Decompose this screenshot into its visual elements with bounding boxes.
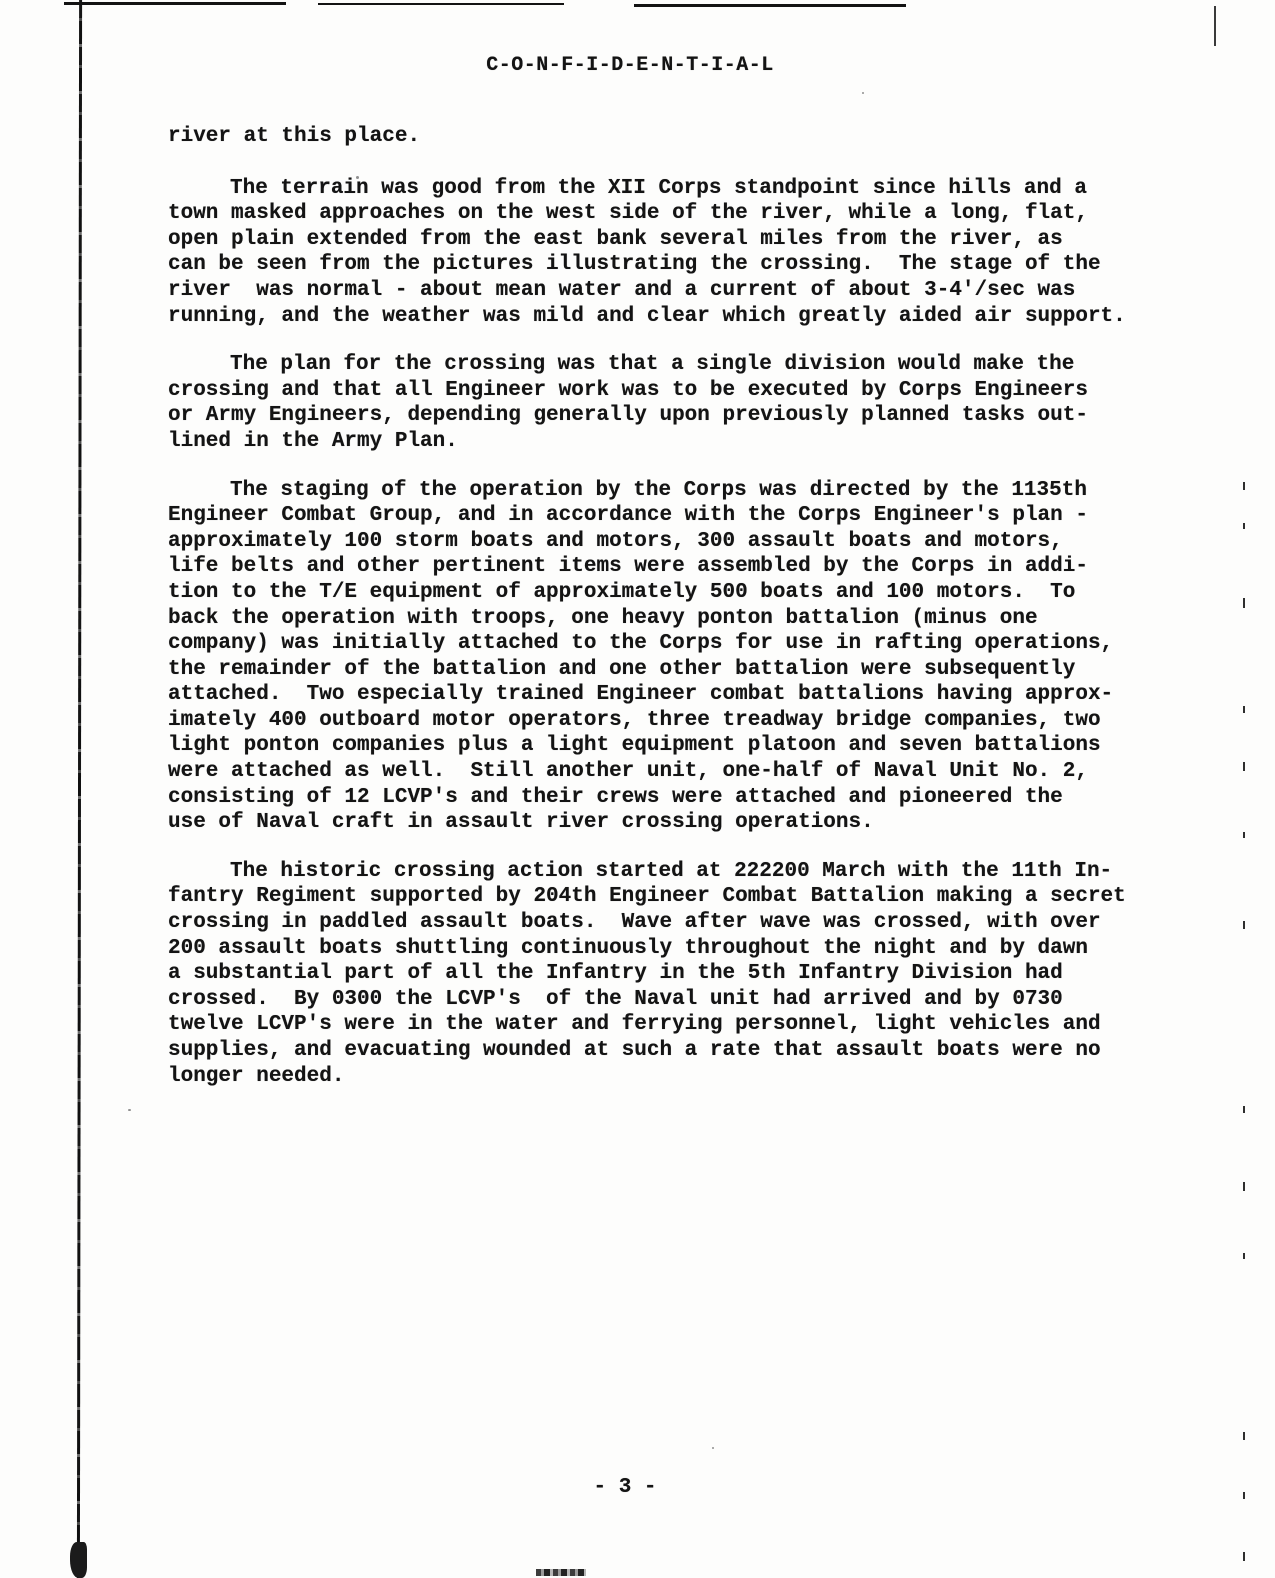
scan-artifact-right-noise [1243,1106,1245,1113]
scan-artifact-right-noise [1243,921,1245,929]
scan-artifact-top-right-tick [1214,6,1216,46]
scan-artifact-right-noise [1243,1432,1245,1440]
scan-artifact-right-noise [1243,598,1245,608]
scan-artifact-right-noise [1243,706,1245,713]
scanned-document-page: C-O-N-F-I-D-E-N-T-I-A-L river at this pl… [0,0,1275,1578]
page-number: - 3 - [0,1476,1250,1499]
scan-artifact-top-line-segment [634,4,906,7]
scan-artifact-right-noise [1243,832,1245,838]
scan-artifact-top-line-segment [318,3,564,5]
scan-artifact-right-noise [1243,523,1245,529]
paragraph-plan: The plan for the crossing was that a sin… [168,352,1198,454]
scan-artifact-top-line-segment [64,2,286,5]
classification-banner: C-O-N-F-I-D-E-N-T-I-A-L [0,54,1260,77]
paragraph-crossing-action: The historic crossing action started at … [168,859,1198,1089]
scan-artifact-right-noise [1243,482,1245,490]
scan-artifact-right-noise [1243,1253,1245,1259]
paragraph-staging: The staging of the operation by the Corp… [168,478,1198,836]
scan-artifact-right-noise [1243,1182,1245,1191]
scan-artifact-left-edge-line [77,0,82,1578]
scan-artifact-speck [862,92,864,94]
scan-artifact-right-noise [1243,762,1245,771]
scan-artifact-left-bottom-blob [70,1542,87,1578]
scan-artifact-speck [712,1447,714,1449]
scan-artifact-right-noise [1243,1552,1245,1561]
scan-artifact-speck [128,1109,131,1111]
paragraph-continuation: river at this place. [168,124,1198,150]
document-body: river at this place. The terrain was goo… [168,124,1198,1112]
scan-artifact-bottom-smudge [536,1569,586,1576]
paragraph-terrain: The terrain was good from the XII Corps … [168,176,1198,330]
